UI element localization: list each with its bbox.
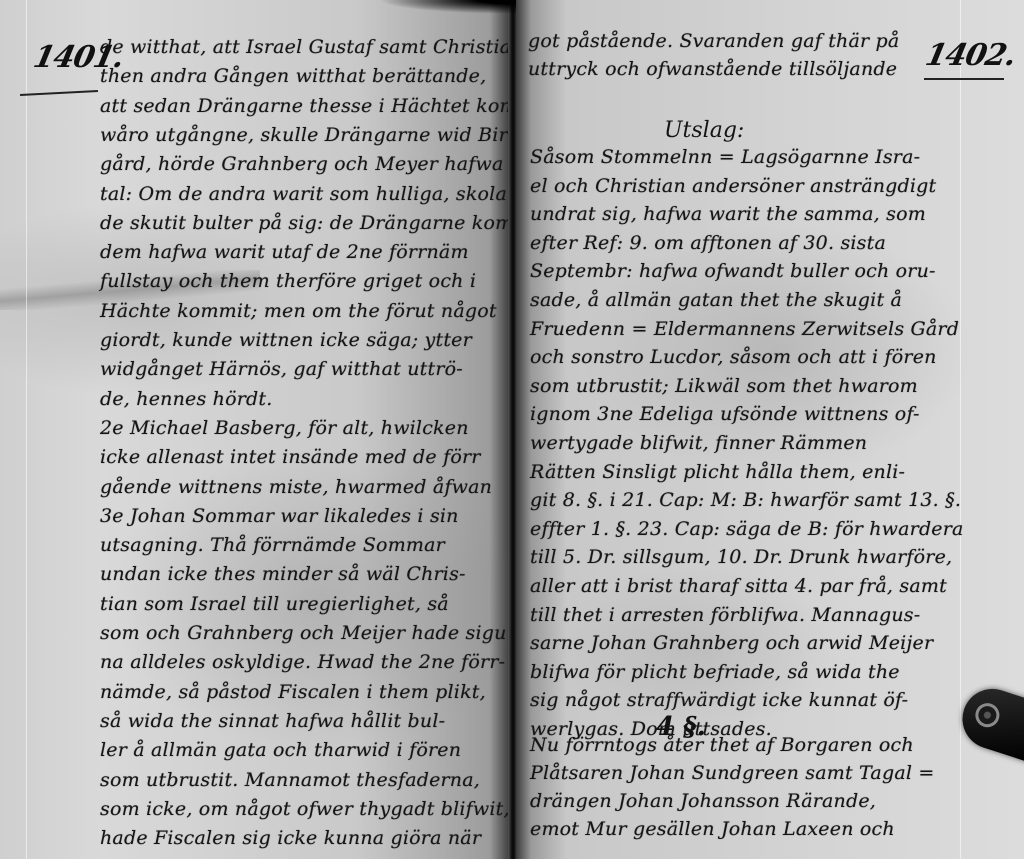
text-line: nämde, så påstod Fiscalen i them plikt, xyxy=(100,681,486,703)
text-line: och sonstro Lucdor, såsom och att i före… xyxy=(530,346,937,368)
text-line: effter 1. §. 23. Cap: säga de B: för hwa… xyxy=(530,518,950,540)
text-line: el och Christian andersöner ansträngdigt xyxy=(530,175,936,197)
text-line: ignom 3ne Edeliga ufsönde wittnens of- xyxy=(530,403,920,425)
text-line: ler å allmän gata och tharwid i fören xyxy=(100,739,461,761)
verdict-heading: Utslag: xyxy=(664,118,744,143)
text-line: fullstay och them therföre griget och i xyxy=(100,270,476,292)
text-line: Plåtsaren Johan Sundgreen samt Tagal = xyxy=(530,762,935,784)
text-line: som utbrustit. Mannamot thesfaderna, xyxy=(100,769,480,791)
text-line: att sedan Drängarne thesse i Hächtet kom… xyxy=(100,95,500,117)
text-line: giordt, kunde wittnen icke säga; ytter xyxy=(100,329,472,351)
text-line: tian som Israel till uregierlighet, så xyxy=(100,593,449,615)
text-line: git 8. §. i 21. Cap: M: B: hwarför samt … xyxy=(530,489,950,511)
clip-ring xyxy=(972,700,1002,730)
text-line: 2e Michael Basberg, för alt, hwilcken xyxy=(100,417,469,439)
text-line: emot Mur gesällen Johan Laxeen och xyxy=(530,818,895,840)
page-number-right: 1402. xyxy=(922,38,1018,73)
text-line: wertygade blifwit, finner Rämmen xyxy=(530,432,867,454)
right-page: 1402. got påstående. Svaranden gaf thär … xyxy=(516,0,1024,859)
page-number-underline xyxy=(924,78,1004,80)
text-line: Hächte kommit; men om the förut något xyxy=(100,300,497,322)
text-line: sade, å allmän gatan thet the skugit å xyxy=(530,289,902,311)
text-line: till 5. Dr. sillsgum, 10. Dr. Drunk hwar… xyxy=(530,546,950,568)
text-line: efter Ref: 9. om afftonen af 30. sista xyxy=(530,232,886,254)
text-line: till thet i arresten förblifwa. Mannagus… xyxy=(530,604,920,626)
text-line: undan icke thes minder så wäl Chris- xyxy=(100,563,466,585)
text-line: Nu förrntogs åter thet af Borgaren och xyxy=(530,734,914,756)
text-line: utsagning. Thå förrnämde Sommar xyxy=(100,534,445,556)
text-line: undrat sig, hafwa warit the samma, som xyxy=(530,203,926,225)
text-line: Rätten Sinsligt plicht hålla them, enli- xyxy=(530,461,905,483)
text-line: uttryck och ofwanstående tillsöljande xyxy=(528,58,897,80)
text-line: drängen Johan Johansson Rärande, xyxy=(530,790,876,812)
text-line: na alldeles oskyldige. Hwad the 2ne förr… xyxy=(100,651,500,673)
left-page: 1401. de witthat, att Israel Gustaf samt… xyxy=(0,0,510,859)
text-line: tal: Om de andra warit som hulliga, skol… xyxy=(100,183,500,205)
page-number-underline xyxy=(20,90,98,96)
text-line: widgånget Härnös, gaf witthat uttrö- xyxy=(100,358,463,380)
text-line: de skutit bulter på sig: de Drängarne ko… xyxy=(100,212,500,234)
text-line: then andra Gången witthat berättande, xyxy=(100,65,486,87)
text-line: got påstående. Svaranden gaf thär på xyxy=(528,30,899,52)
text-line: som icke, om något ofwer thygadt blifwit… xyxy=(100,798,500,820)
text-line: Fruedenn = Eldermannens Zerwitsels Gård xyxy=(530,318,950,340)
text-line: Septembr: hafwa ofwandt buller och oru- xyxy=(530,260,936,282)
margin-rule-right xyxy=(960,0,961,859)
text-line: de, hennes hördt. xyxy=(100,388,272,410)
text-line: gård, hörde Grahnberg och Meyer hafwa så… xyxy=(100,153,500,175)
text-line: blifwa för plicht befriade, så wida the xyxy=(530,661,900,683)
margin-rule xyxy=(26,0,27,859)
text-line: icke allenast intet insände med de förr xyxy=(100,446,481,468)
text-line: sig något straffwärdigt icke kunnat öf- xyxy=(530,689,908,711)
text-line: 3e Johan Sommar war likaledes i sin xyxy=(100,505,459,527)
text-line: wåro utgångne, skulle Drängarne wid Birc… xyxy=(100,124,500,146)
text-line: de witthat, att Israel Gustaf samt Chris… xyxy=(100,36,500,58)
text-line: så wida the sinnat hafwa hållit bul- xyxy=(100,710,445,732)
text-line: aller att i brist tharaf sitta 4. par fr… xyxy=(530,575,947,597)
text-line: gående wittnens miste, hwarmed åfwan xyxy=(100,476,492,498)
text-line: sarne Johan Grahnberg och arwid Meijer xyxy=(530,632,933,654)
text-line: som utbrustit; Likwäl som thet hwarom xyxy=(530,375,918,397)
text-line: hade Fiscalen sig icke kunna giöra när xyxy=(100,827,481,849)
text-line: Såsom Stommelnn = Lagsögarnne Isra- xyxy=(530,146,920,168)
text-line: som och Grahnberg och Meijer hade sigur- xyxy=(100,622,500,644)
text-line: dem hafwa warit utaf de 2ne förrnäm xyxy=(100,241,469,263)
